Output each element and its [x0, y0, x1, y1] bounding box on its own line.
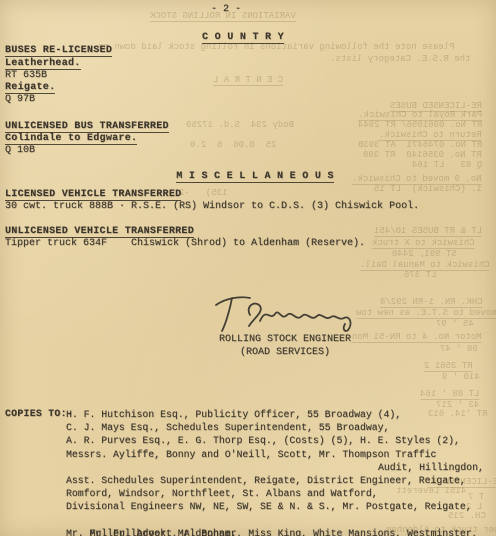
- signature-handwriting: [212, 291, 362, 335]
- buses-relicensed-place: Reigate.: [5, 82, 55, 94]
- buses-relicensed-title: BUSES RE-LICENSED: [5, 45, 112, 57]
- bleed-through-line: Chiswick to X truck: [372, 239, 475, 249]
- scanned-memo-page: { "page": { "number": "- 2 -", "backgrou…: [0, 0, 496, 536]
- buses-relicensed-vehicle: Q 97B: [5, 94, 35, 105]
- bleed-through-line: 45 ' 97: [436, 320, 474, 329]
- copies-line: Divisional Engineers NW, NE, SW, SE & N.…: [66, 500, 484, 513]
- country-heading-text: C O U N T R Y: [202, 32, 284, 44]
- bleed-through-line: Please note the following variations in …: [98, 43, 454, 52]
- signatory-title-line1: ROLLING STOCK ENGINEER: [196, 334, 374, 345]
- copies-line: Mr. Fullbrook, Mr. Bonner, Miss King, Wh…: [66, 514, 484, 527]
- bleed-through-line: 98 ' 47: [440, 345, 478, 354]
- bleed-through-line: RT No. 0356140 RT 398: [363, 151, 482, 160]
- bleed-through-line: ST 991, 2440: [392, 250, 457, 259]
- bleed-through-line: the R.S.E. Category lists.: [330, 55, 470, 64]
- bleed-through-line: Body 234 S.d. 17259: [186, 121, 294, 130]
- unlicensed-bus-transferred-vehicle: Q 10B: [5, 145, 35, 156]
- page-number: - 2 -: [0, 4, 452, 15]
- copies-line: Asst. Schedules Superintendent, Reigate,…: [66, 474, 484, 487]
- licensed-vehicle-transferred-title: LICENSED VEHICLE TRANSFERRED: [5, 189, 181, 201]
- bleed-through-line: 410 ' 9: [442, 373, 480, 382]
- miscellaneous-heading: M I S C E L L A N E O U S: [0, 160, 496, 183]
- unlicensed-bus-transferred-title: UNLICENSED BUS TRANSFERRED: [5, 121, 169, 133]
- licensed-vehicle-transferred-detail: 30 cwt. truck 888B · R.S.E. (RS) Windsor…: [5, 201, 419, 212]
- copies-line: Messrs. Ayliffe, Bonny and O'Neill, Scot…: [66, 448, 484, 461]
- buses-relicensed-vehicle: RT 635B: [5, 70, 47, 81]
- signatory-title-line2: (ROAD SERVICES): [196, 347, 374, 358]
- bleed-through-line: moved to S.T.E. as new tow: [356, 309, 496, 319]
- bleed-through-line: RT 3561 2: [424, 362, 473, 372]
- bleed-through-line: RT No. 0746471 AT 393B: [358, 141, 482, 150]
- bleed-through-line: LT & RT BUSES 10/451: [374, 227, 482, 237]
- unlicensed-vehicle-transferred-title: UNLICENSED VEHICLE TRANSFERRED: [5, 226, 194, 238]
- copies-line: Audit, Hillingdon,: [66, 461, 484, 474]
- copies-line: C. J. Mays Esq., Schedules Superintenden…: [66, 421, 484, 434]
- bleed-through-line: C E N T R A L: [213, 76, 283, 86]
- bleed-through-line: RT No. 0961056/ RT 2944: [358, 121, 482, 130]
- bleed-through-line: 1. (Chiswick) LT 15: [374, 185, 482, 194]
- miscellaneous-heading-text: M I S C E L L A N E O U S: [176, 171, 334, 183]
- unlicensed-bus-transferred-route: Colindale to Edgware.: [5, 133, 137, 145]
- buses-relicensed-place: Leatherhead.: [5, 58, 81, 70]
- bleed-through-line: LT 88 ' 164: [420, 390, 479, 400]
- copies-to-label: COPIES TO:-: [5, 408, 73, 419]
- copies-line: H. F. Hutchison Esq., Publicity Officer,…: [66, 408, 484, 421]
- copies-to-list: H. F. Hutchison Esq., Publicity Officer,…: [66, 408, 484, 536]
- copies-line: Romford, Windsor, Northfleet, St. Albans…: [66, 487, 484, 500]
- country-heading: C O U N T R Y: [0, 21, 474, 44]
- bleed-through-line: LT 376: [404, 271, 436, 280]
- unlicensed-vehicle-transferred-detail: Tipper truck 634F Chiswick (Shrod) to Al…: [5, 238, 365, 249]
- bleed-through-line: 25 0.06 6 2.0: [190, 141, 276, 150]
- copies-line: A. R. Purves Esq., E. G. Thorp Esq., (Co…: [66, 434, 484, 447]
- bleed-through-line: CHK. RN. 1-RN 292/8: [380, 298, 483, 308]
